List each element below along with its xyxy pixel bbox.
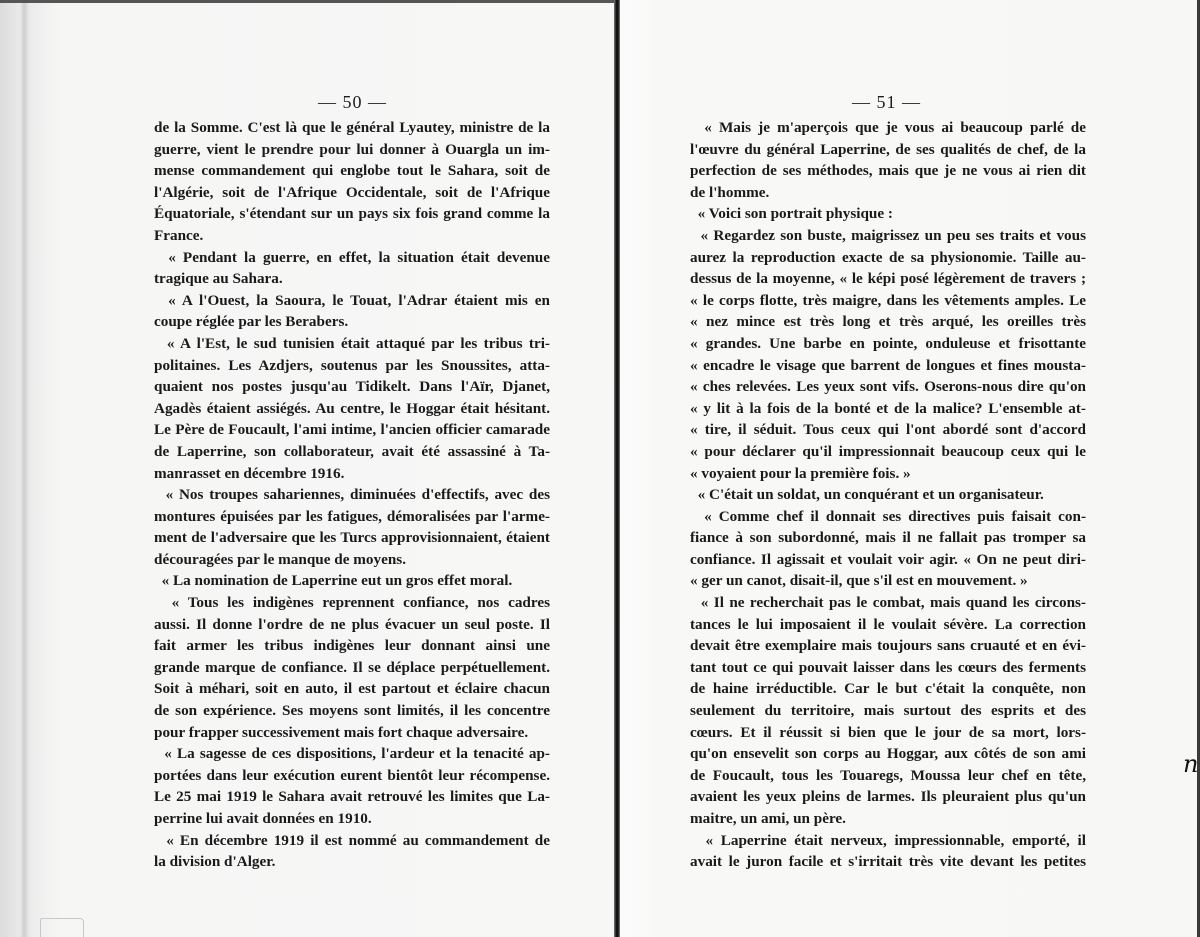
text-line: la division d'Alger.: [154, 851, 550, 873]
text-line: « C'était un soldat, un conquérant et un…: [690, 484, 1086, 506]
text-line: l'œuvre du général Laperrine, de ses qua…: [690, 139, 1086, 161]
text-line: « le corps flotte, très maigre, dans les…: [690, 290, 1086, 312]
text-line: « grandes. Une barbe en pointe, onduleus…: [690, 333, 1086, 355]
text-line: l'Algérie, soit de l'Afrique Occidentale…: [154, 182, 550, 204]
text-line: politaines. Les Azdjers, soutenus par le…: [154, 355, 550, 377]
text-line: aussi. Il donne l'ordre de ne plus évacu…: [154, 614, 550, 636]
text-line: « nez mince est très long et très arqué,…: [690, 311, 1086, 333]
text-line: « Laperrine était nerveux, impressionnab…: [690, 830, 1086, 852]
text-line: « Il ne recherchait pas le combat, mais …: [690, 592, 1086, 614]
text-line: manrasset en décembre 1916.: [154, 463, 550, 485]
text-line: Soit à méhari, soit en auto, il est part…: [154, 678, 550, 700]
text-line: fait armer les tribus indigènes leur don…: [154, 635, 550, 657]
text-line: tances le lui imposaient il le voulait s…: [690, 614, 1086, 636]
text-line: qu'on ensevelit son corps au Hoggar, aux…: [690, 743, 1086, 765]
text-line: maitre, un ami, un père.: [690, 808, 1086, 830]
right-page: — 51 — « Mais je m'aperçois que je vous …: [620, 0, 1200, 937]
text-line: « A l'Ouest, la Saoura, le Touat, l'Adra…: [154, 290, 550, 312]
right-page-text: « Mais je m'aperçois que je vous ai beau…: [690, 117, 1086, 873]
page-number-right: — 51 —: [852, 92, 921, 113]
text-line: « Regardez son buste, maigrissez un peu …: [690, 225, 1086, 247]
text-line: de Foucault, tous les Touaregs, Moussa l…: [690, 765, 1086, 787]
text-line: avaient les yeux pleins de larmes. Ils p…: [690, 786, 1086, 808]
text-line: fiance à son subordonné, mais il ne fall…: [690, 527, 1086, 549]
text-line: quaient nos postes jusqu'au Tidikelt. Da…: [154, 376, 550, 398]
text-line: « Tous les indigènes reprennent confianc…: [154, 592, 550, 614]
text-line: « Mais je m'aperçois que je vous ai beau…: [690, 117, 1086, 139]
text-line: « En décembre 1919 il est nommé au comma…: [154, 830, 550, 852]
text-line: seulement du territoire, mais surtout de…: [690, 700, 1086, 722]
page-top-edge: [0, 0, 615, 3]
text-line: pour frapper successivement mais fort ch…: [154, 722, 550, 744]
text-line: mense commandement qui englobe tout le S…: [154, 160, 550, 182]
text-line: de Laperrine, son collaborateur, avait é…: [154, 441, 550, 463]
text-line: découragées par le manque de moyens.: [154, 549, 550, 571]
text-line: Le 25 mai 1919 le Sahara avait retrouvé …: [154, 786, 550, 808]
text-line: guerre, vient le prendre pour lui donner…: [154, 139, 550, 161]
text-line: tragique au Sahara.: [154, 268, 550, 290]
text-line: Équatoriale, s'étendant sur un pays six …: [154, 203, 550, 225]
text-line: montures épuisées par les fatigues, démo…: [154, 506, 550, 528]
text-line: de haine irréductible. Car le but c'étai…: [690, 678, 1086, 700]
text-line: de son expérience. Ses moyens sont limit…: [154, 700, 550, 722]
page-corner-mark: [40, 918, 84, 937]
page-number-left: — 50 —: [318, 92, 387, 113]
text-line: « voyaient pour la première fois. »: [690, 463, 1086, 485]
text-line: « Nos troupes sahariennes, diminuées d'e…: [154, 484, 550, 506]
text-line: « ger un canot, disait-il, que s'il est …: [690, 570, 1086, 592]
text-line: dessus de la moyenne, « le képi posé lég…: [690, 268, 1086, 290]
text-line: France.: [154, 225, 550, 247]
text-line: Le Père de Foucault, l'ami intime, l'anc…: [154, 419, 550, 441]
text-line: « pour déclarer qu'il impressionnait bea…: [690, 441, 1086, 463]
text-line: « Voici son portrait physique :: [690, 203, 1086, 225]
text-line: cœurs. Et il réussit si bien que le jour…: [690, 722, 1086, 744]
text-line: « La nomination de Laperrine eut un gros…: [154, 570, 550, 592]
text-line: de la Somme. C'est là que le général Lya…: [154, 117, 550, 139]
text-line: confiance. Il agissait et voulait voir a…: [690, 549, 1086, 571]
text-line: « Comme chef il donnait ses directives p…: [690, 506, 1086, 528]
text-line: « tire, il séduit. Tous ceux qui l'ont a…: [690, 419, 1086, 441]
text-line: grande marque de confiance. Il se déplac…: [154, 657, 550, 679]
text-line: de l'homme.: [690, 182, 1086, 204]
left-page: — 50 — de la Somme. C'est là que le géné…: [0, 0, 615, 937]
text-line: perrine lui avait données en 1910.: [154, 808, 550, 830]
text-line: « Pendant la guerre, en effet, la situat…: [154, 247, 550, 269]
text-line: tant tout ce qui pouvait laisser dans le…: [690, 657, 1086, 679]
text-line: devait être exemplaire mais toujours san…: [690, 635, 1086, 657]
text-line: « encadre le visage que barrent de longu…: [690, 355, 1086, 377]
text-line: avait le juron facile et s'irritait très…: [690, 851, 1086, 873]
text-line: perfection de ses méthodes, mais que je …: [690, 160, 1086, 182]
book-spread: — 50 — de la Somme. C'est là que le géné…: [0, 0, 1200, 937]
left-page-text: de la Somme. C'est là que le général Lya…: [154, 117, 550, 873]
text-line: coupe réglée par les Berabers.: [154, 311, 550, 333]
text-line: « La sagesse de ces dispositions, l'arde…: [154, 743, 550, 765]
text-line: portées dans leur exécution eurent bient…: [154, 765, 550, 787]
text-line: aurez la reproduction exacte de sa physi…: [690, 247, 1086, 269]
text-line: « A l'Est, le sud tunisien était attaqué…: [154, 333, 550, 355]
handwritten-margin-mark: n: [1183, 750, 1198, 778]
text-line: « ches relevées. Les yeux sont vifs. Ose…: [690, 376, 1086, 398]
text-line: Agadès étaient assiégés. Au centre, le H…: [154, 398, 550, 420]
text-line: « y lit à la fois de la bonté et de la m…: [690, 398, 1086, 420]
text-line: ment de l'adversaire que les Turcs appro…: [154, 527, 550, 549]
